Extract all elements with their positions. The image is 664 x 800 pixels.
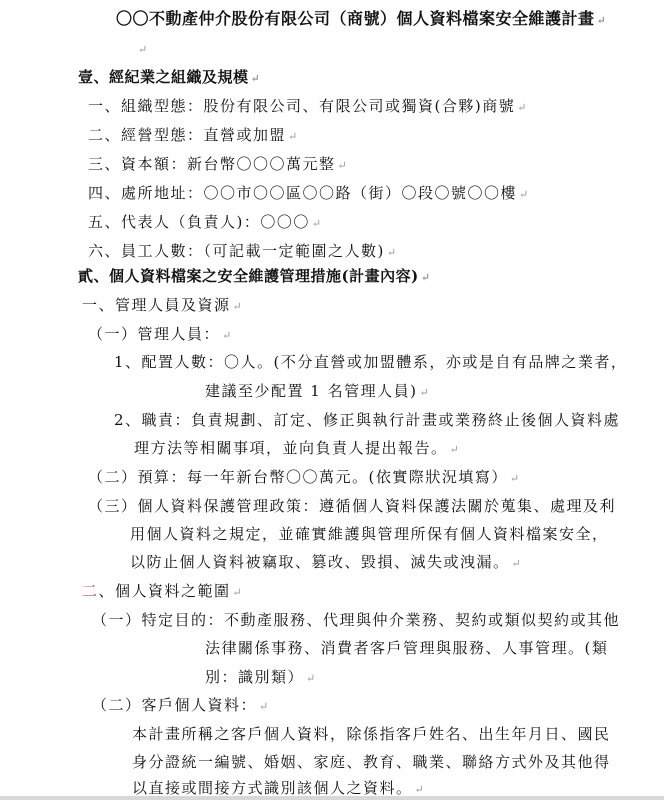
subsection-2-heading: 二、個人資料之範圍↵ [82,581,242,603]
policy-line-2: 用個人資料之規定，並確實維護與管理所保有個人資料檔案安全， [130,524,609,544]
address: 四、處所地址：〇〇市〇〇區〇〇路（街）〇段〇號〇〇樓↵ [88,183,528,205]
policy-line-1: （三）個人資料保護管理政策：遵循個人資料保護法關於蒐集、處理及利 [88,496,616,516]
employee-count: 六、員工人數：（可記載一定範圍之人數)↵ [88,241,396,263]
policy-line-3: 以防止個人資料被竊取、篡改、毀損、滅失或洩漏。↵ [130,552,521,574]
section-2-heading: 貳、個人資料檔案之安全維護管理措施(計畫內容)↵ [78,266,430,288]
representative: 五、代表人（負責人)：〇〇〇↵ [88,212,321,234]
org-type: 一、組織型態：股份有限公司、有限公司或獨資(合夥)商號↵ [88,96,526,118]
purpose-line-1: （一）特定目的：不動產服務、代理與仲介業務、契約或類似契約或其他 [92,610,620,630]
duties-line-1: 2、職責：負責規劃、訂定、修正與執行計畫或業務終止後個人資料處 [114,410,620,430]
duties-line-2: 理方法等相關事項，並向負責人提出報告。↵ [134,438,459,460]
page-bottom-edge [0,796,664,800]
document-page: 〇〇不動產仲介股份有限公司（商號）個人資料檔案安全維護計畫↵ ↵ 壹、經紀業之組… [0,0,664,796]
customer-data-label: （二）客戶個人資料：↵ [92,695,268,717]
staffing-line-1: 1、配置人數：〇人。(不分直營或加盟體系，亦或是自有品牌之業者， [114,352,627,372]
subsection-1-heading: 一、管理人員及資源↵ [82,295,242,317]
managers-label: （一）管理人員：↵ [88,324,231,346]
business-type: 二、經營型態：直營或加盟↵ [88,125,297,147]
customer-data-line-1: 本計畫所稱之客戶個人資料，除係指客戶姓名、出生年月日、國民 [132,724,611,744]
staffing-line-2: 建議至少配置 1 名管理人員)↵ [205,381,429,403]
customer-data-line-2: 身分證統一編號、婚姻、家庭、教育、職業、聯絡方式外及其他得 [132,752,611,772]
purpose-line-2: 法律關係事務、消費者客戶管理與服務、人事管理。(類 [205,638,608,658]
capital: 三、資本額：新台幣〇〇〇萬元整↵ [88,154,347,176]
section-1-heading: 壹、經紀業之組織及規模↵ [78,67,260,89]
document-title: 〇〇不動產仲介股份有限公司（商號）個人資料檔案安全維護計畫↵ [116,9,606,31]
empty-paragraph: ↵ [136,38,147,60]
purpose-line-3: 別：識別類）↵ [205,667,315,689]
budget: （二）預算：每一年新台幣〇〇萬元。(依實際狀況填寫）↵ [88,467,519,489]
